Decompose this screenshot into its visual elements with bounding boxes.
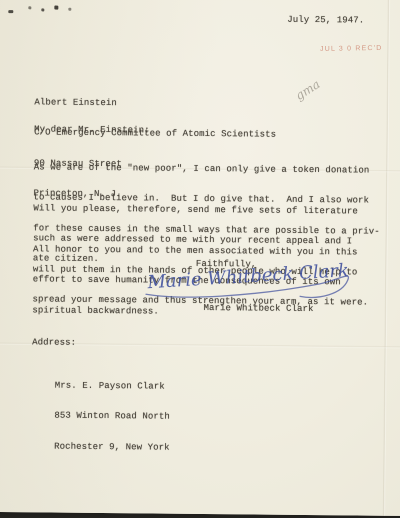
body-line: As we are of the "new poor", I can only … (34, 162, 381, 176)
address-line: 853 Winton Road North (54, 411, 170, 422)
sender-address-block: Mrs. E. Payson Clark 853 Winton Road Nor… (54, 361, 171, 473)
letter-date: July 25, 1947. (287, 15, 364, 26)
recipient-line: Albert Einstein (34, 97, 276, 110)
handwritten-signature: Marie Whitbeck Clark (141, 253, 368, 311)
fold-crease-vertical (382, 0, 390, 516)
address-line: Rochester 9, New York (54, 441, 170, 452)
letter-paper: July 25, 1947. JUL 3 0 REC'D gma Albert … (0, 0, 400, 516)
body-line: Will you please, therefore, send me five… (33, 203, 369, 217)
salutation: My dear Mr. Einstein: (34, 124, 150, 135)
pencil-annotation: gma (293, 77, 323, 103)
signature-script-text: Marie Whitbeck Clark (146, 260, 350, 293)
received-date-stamp: JUL 3 0 REC'D (320, 45, 383, 53)
address-label: Address: (32, 337, 76, 347)
scan-background: July 25, 1947. JUL 3 0 REC'D gma Albert … (0, 0, 400, 518)
signature-typed-name: Marie Whitbeck Clark (203, 303, 313, 314)
address-line: Mrs. E. Payson Clark (55, 381, 171, 392)
